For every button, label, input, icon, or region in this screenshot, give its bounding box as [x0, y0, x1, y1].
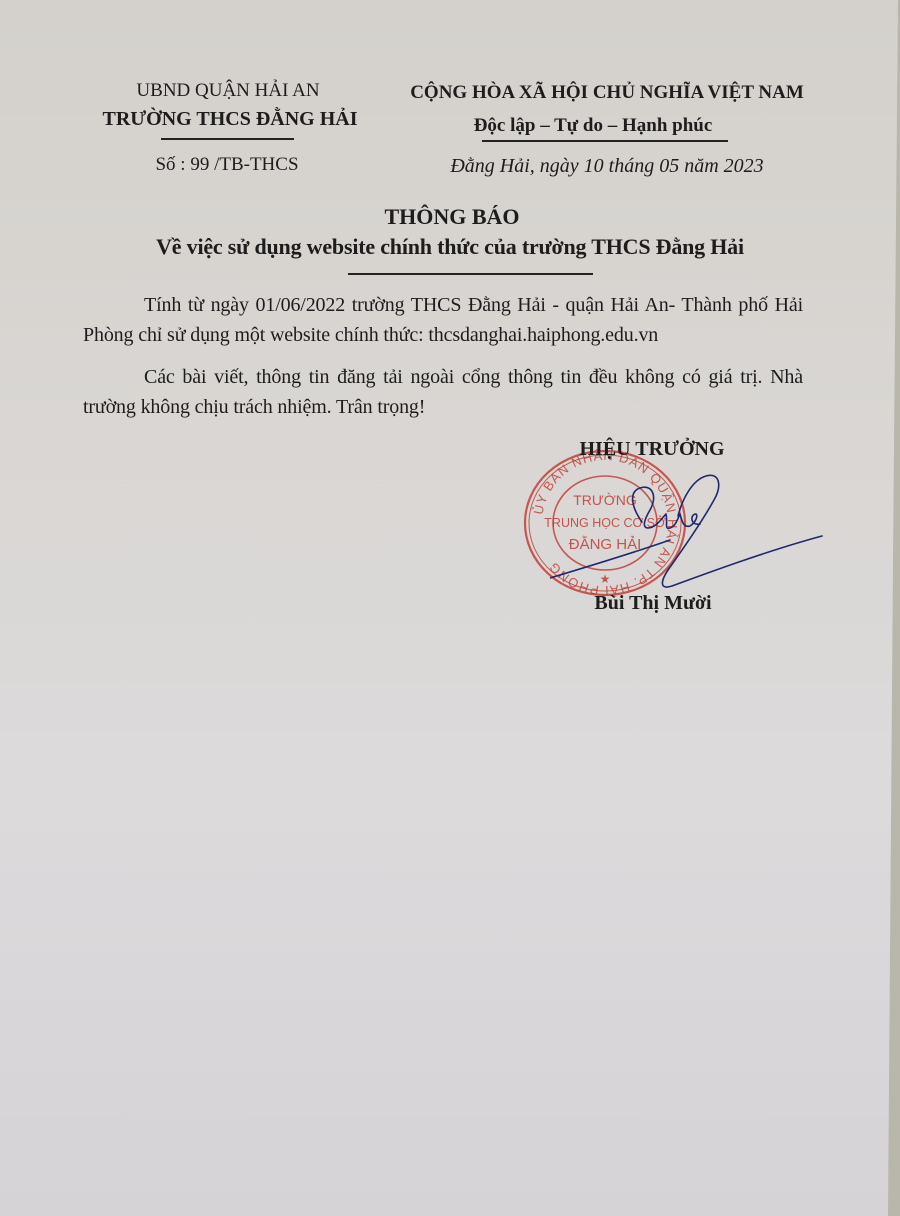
body-paragraph: Các bài viết, thông tin đăng tải ngoài c…: [83, 362, 803, 422]
signer-name: Bùi Thị Mười: [594, 592, 711, 615]
title-underline: [348, 273, 593, 275]
document-subject: Về việc sử dụng website chính thức của t…: [156, 234, 744, 260]
school-name-underline: [161, 138, 294, 140]
document-title: THÔNG BÁO: [384, 204, 519, 230]
motto-underline: [482, 140, 728, 142]
handwritten-signature: [550, 470, 830, 610]
national-motto: Độc lập – Tự do – Hạnh phúc: [474, 115, 713, 137]
document-page: UBND QUẬN HẢI AN TRƯỜNG THCS ĐẰNG HẢI Số…: [0, 0, 900, 1216]
school-name: TRƯỜNG THCS ĐẰNG HẢI: [102, 108, 357, 131]
issuing-agency: UBND QUẬN HẢI AN: [136, 80, 319, 102]
signatory-position: HIỆU TRƯỞNG: [579, 438, 724, 461]
document-number: Số : 99 /TB-THCS: [155, 154, 298, 176]
place-and-date: Đằng Hải, ngày 10 tháng 05 năm 2023: [450, 155, 763, 178]
body-paragraph: Tính từ ngày 01/06/2022 trường THCS Đằng…: [83, 290, 803, 350]
national-title: CỘNG HÒA XÃ HỘI CHỦ NGHĨA VIỆT NAM: [410, 82, 804, 104]
